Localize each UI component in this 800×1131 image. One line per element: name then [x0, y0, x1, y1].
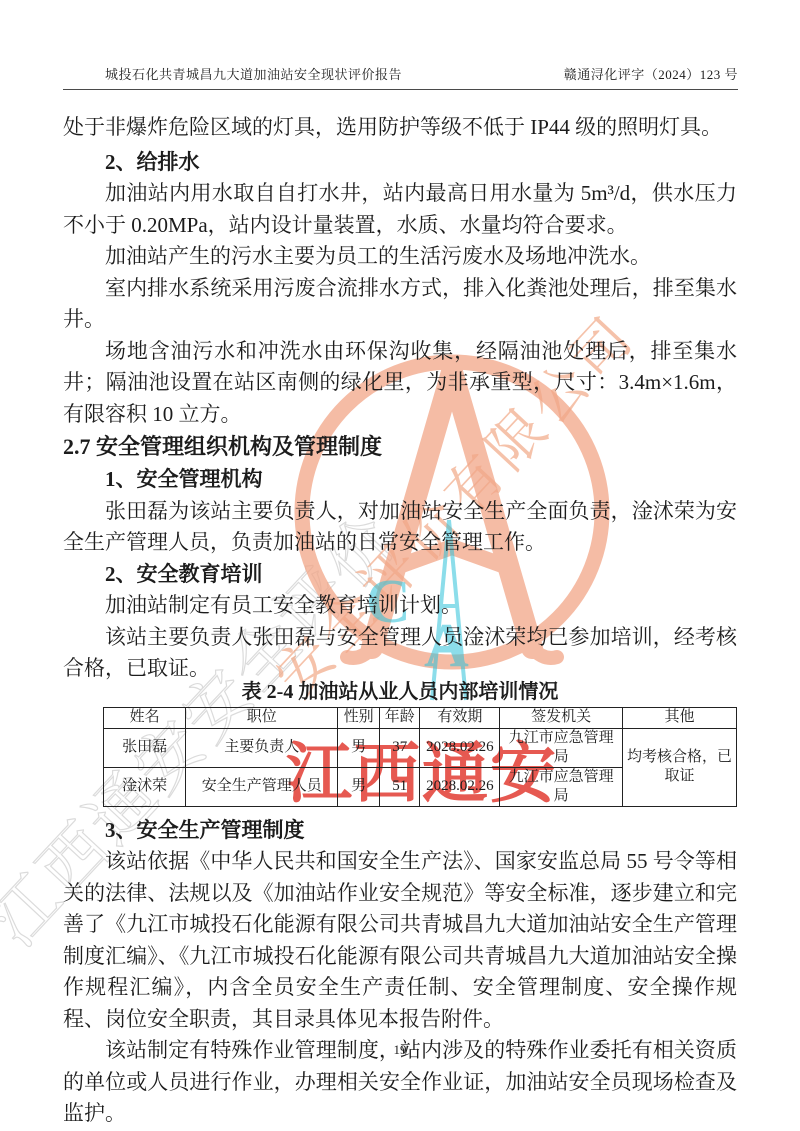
- cell-name: 张田磊: [104, 728, 186, 767]
- col-header-other: 其他: [623, 707, 737, 728]
- heading-safety-education: 2、安全教育培训: [63, 559, 737, 591]
- page-number: 19: [0, 1042, 800, 1058]
- header-doc-number: 赣通浔化评字（2024）123 号: [564, 64, 738, 83]
- col-header-validity: 有效期: [420, 707, 500, 728]
- section-heading-2-7: 2.7 安全管理组织机构及管理制度: [63, 430, 737, 464]
- col-header-issuer: 签发机关: [500, 707, 623, 728]
- cell-issuer: 九江市应急管理局: [500, 728, 623, 767]
- col-header-gender: 性别: [338, 707, 380, 728]
- heading-water-supply: 2、给排水: [63, 147, 737, 179]
- header-report-title: 城投石化共青城昌九大道加油站安全现状评价报告: [105, 64, 402, 83]
- paragraph-sewage-source: 加油站产生的污水主要为员工的生活污废水及场地冲洗水。: [63, 241, 737, 273]
- cell-age: 51: [379, 767, 420, 806]
- cell-position: 主要负责人: [186, 728, 338, 767]
- paragraph-safety-system: 该站依据《中华人民共和国安全生产法》、国家安监总局 55 号令等相关的法律、法规…: [63, 846, 737, 1035]
- paragraph-lighting: 处于非爆炸危险区域的灯具，选用防护等级不低于 IP44 级的照明灯具。: [63, 112, 737, 144]
- cell-other-merged: 均考核合格，已取证: [623, 728, 737, 806]
- cell-issuer: 九江市应急管理局: [500, 767, 623, 806]
- paragraph-safety-org: 张田磊为该站主要负责人，对加油站安全生产全面负责，淦沭荣为安全生产管理人员，负责…: [63, 496, 737, 559]
- cell-gender: 男: [338, 767, 380, 806]
- cell-name: 淦沭荣: [104, 767, 186, 806]
- cell-validity: 2028.02.26: [420, 728, 500, 767]
- page-header: 城投石化共青城昌九大道加油站安全现状评价报告 赣通浔化评字（2024）123 号: [63, 64, 738, 90]
- paragraph-water-supply: 加油站内用水取自自打水井，站内最高日用水量为 5m³/d，供水压力不小于 0.2…: [63, 178, 737, 241]
- col-header-age: 年龄: [379, 707, 420, 728]
- cell-position: 安全生产管理人员: [186, 767, 338, 806]
- heading-safety-system: 3、安全生产管理制度: [63, 815, 737, 847]
- cell-validity: 2028.02.26: [420, 767, 500, 806]
- training-table: 姓名 职位 性别 年龄 有效期 签发机关 其他 张田磊 主要负责人 男 37 2…: [103, 707, 737, 807]
- paragraph-oily-water: 场地含油污水和冲洗水由环保沟收集，经隔油池处理后，排至集水井；隔油池设置在站区南…: [63, 336, 737, 431]
- cell-gender: 男: [338, 728, 380, 767]
- col-header-position: 职位: [186, 707, 338, 728]
- heading-safety-org: 1、安全管理机构: [63, 464, 737, 496]
- cell-age: 37: [379, 728, 420, 767]
- table-header-row: 姓名 职位 性别 年龄 有效期 签发机关 其他: [104, 707, 737, 728]
- table-row: 张田磊 主要负责人 男 37 2028.02.26 九江市应急管理局 均考核合格…: [104, 728, 737, 767]
- page-content: 处于非爆炸危险区域的灯具，选用防护等级不低于 IP44 级的照明灯具。 2、给排…: [63, 112, 737, 1130]
- paragraph-training-passed: 该站主要负责人张田磊与安全管理人员淦沭荣均已参加培训，经考核合格，已取证。: [63, 622, 737, 685]
- col-header-name: 姓名: [104, 707, 186, 728]
- document-page: 江西通安安全评价 安全评价有限公司 C A 江西通安 城投石化共青城昌九大道: [0, 0, 800, 1131]
- paragraph-training-plan: 加油站制定有员工安全教育培训计划。: [63, 590, 737, 622]
- paragraph-indoor-drainage: 室内排水系统采用污废合流排水方式，排入化粪池处理后，排至集水井。: [63, 273, 737, 336]
